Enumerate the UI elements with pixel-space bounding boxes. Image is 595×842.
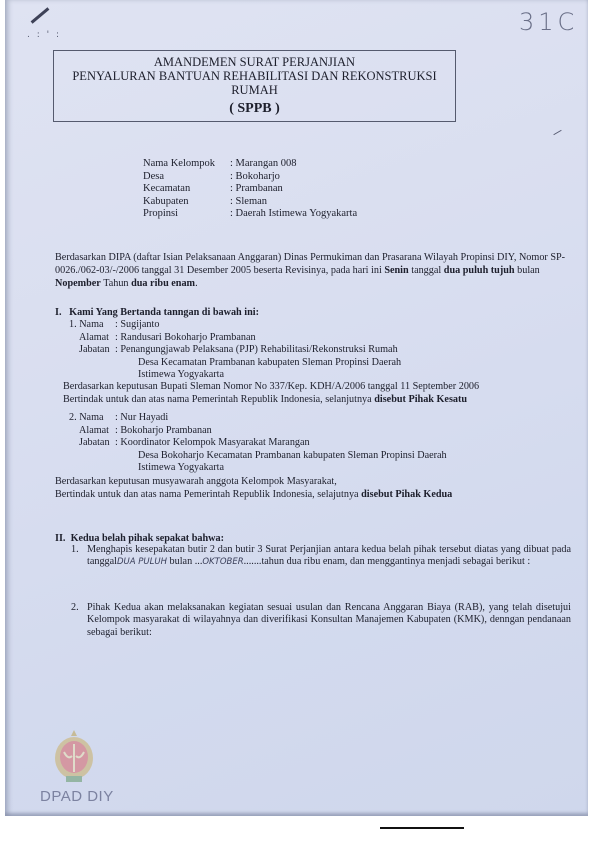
handwritten-dots: . : ' : (27, 30, 61, 40)
item-number: 2. (71, 602, 79, 614)
field-value-cont: Istimewa Yogyakarta (69, 369, 569, 382)
intro-month: Nopember (55, 278, 101, 289)
item-text: Menghapis kesepakatan butir 2 dan butir … (71, 544, 571, 569)
party-2-position-row: Jabatan: Koordinator Kelompok Masyarakat… (69, 437, 569, 450)
handwritten-tick (553, 130, 561, 135)
field-label: Alamat (69, 332, 115, 345)
info-value: : Marangan 008 (230, 158, 296, 171)
acting-bold: disebut Pihak Kesatu (374, 394, 467, 405)
field-value-cont: Desa Bokoharjo Kecamatan Prambanan kabup… (69, 450, 569, 463)
intro-year: dua ribu enam (131, 278, 195, 289)
info-row: Kecamatan : Prambanan (143, 183, 357, 196)
info-value: : Prambanan (230, 183, 283, 196)
party-1-basis-text: Berdasarkan keputusan Bupati Sleman Nomo… (63, 381, 583, 394)
handwritten-month: OKTOBER (202, 557, 243, 567)
info-row: Kabupaten : Sleman (143, 196, 357, 209)
party-2-name-row: 2. Nama: Nur Hayadi (69, 412, 569, 425)
info-row: Nama Kelompok : Marangan 008 (143, 158, 357, 171)
field-label: 1. Nama (69, 319, 115, 332)
party-2-details: 2. Nama: Nur Hayadi Alamat: Bokoharjo Pr… (69, 412, 569, 475)
coat-of-arms-icon (52, 730, 96, 786)
field-label: Jabatan (69, 344, 115, 357)
field-label: 2. Nama (69, 412, 115, 425)
acting-text: Bertindak untuk dan atas nama Pemerintah… (55, 489, 361, 500)
party-1-position-row: Jabatan: Penangungjawab Pelaksana (PJP) … (69, 344, 569, 357)
party-1-basis: Berdasarkan keputusan Bupati Sleman Nomo… (63, 381, 583, 406)
info-value: : Sleman (230, 196, 267, 209)
party-2-basis: Berdasarkan keputusan musyawarah anggota… (55, 476, 575, 502)
agreement-item-2: 2. Pihak Kedua akan melaksanakan kegiata… (71, 602, 571, 639)
info-row: Propinsi : Daerah Istimewa Yogyakarta (143, 208, 357, 221)
document-title-box: AMANDEMEN SURAT PERJANJIAN PENYALURAN BA… (53, 50, 456, 122)
info-label: Kabupaten (143, 196, 230, 209)
item-number: 1. (71, 544, 79, 556)
info-row: Desa : Bokoharjo (143, 171, 357, 184)
handwritten-page-number: 31C (519, 8, 578, 36)
field-value-cont: Istimewa Yogyakarta (69, 462, 569, 475)
party-2-basis-text: Berdasarkan keputusan musyawarah anggota… (55, 476, 575, 489)
handwritten-date: DUA PULUH (117, 557, 167, 567)
watermark-text: DPAD DIY (40, 788, 114, 805)
intro-text: bulan (515, 265, 540, 276)
intro-text: . (195, 278, 198, 289)
intro-date: dua puluh tujuh (444, 265, 515, 276)
title-line-3: ( SPPB ) (54, 100, 455, 118)
field-value: : Koordinator Kelompok Masyarakat Marang… (115, 437, 310, 450)
info-value: : Bokoharjo (230, 171, 280, 184)
title-line-2: PENYALURAN BANTUAN REHABILITASI DAN REKO… (54, 69, 455, 97)
field-value: : Bokoharjo Prambanan (115, 425, 212, 438)
info-label: Desa (143, 171, 230, 184)
agreement-item-1: 1. Menghapis kesepakatan butir 2 dan but… (71, 544, 571, 569)
party-1-acting: Bertindak untuk dan atas nama Pemerintah… (63, 394, 583, 407)
acting-bold: disebut Pihak Kedua (361, 489, 452, 500)
party-1-address-row: Alamat: Randusari Bokoharjo Prambanan (69, 332, 569, 345)
field-value-cont: Desa Kecamatan Prambanan kabupaten Slema… (69, 357, 569, 370)
scanner-footer-bar (380, 827, 464, 829)
item-text-part: .......tahun dua ribu enam, dan menggant… (244, 556, 531, 567)
field-value: : Sugijanto (115, 319, 159, 332)
party-2-address-row: Alamat: Bokoharjo Prambanan (69, 425, 569, 438)
item-text-part: bulan (170, 556, 193, 567)
party-1-name-row: 1. Nama: Sugijanto (69, 319, 569, 332)
field-label: Alamat (69, 425, 115, 438)
intro-day: Senin (384, 265, 408, 276)
section-1-title: I. Kami Yang Bertanda tanngan di bawah i… (55, 307, 575, 320)
intro-text: Tahun (101, 278, 131, 289)
field-value: : Nur Hayadi (115, 412, 168, 425)
field-value: : Penangungjawab Pelaksana (PJP) Rehabil… (115, 344, 398, 357)
field-value: : Randusari Bokoharjo Prambanan (115, 332, 256, 345)
field-label: Jabatan (69, 437, 115, 450)
info-label: Nama Kelompok (143, 158, 230, 171)
party-2-acting: Bertindak untuk dan atas nama Pemerintah… (55, 489, 575, 502)
item-text: Pihak Kedua akan melaksanakan kegiatan s… (71, 602, 571, 639)
info-label: Propinsi (143, 208, 230, 221)
handwritten-slash-mark (31, 7, 50, 23)
info-label: Kecamatan (143, 183, 230, 196)
info-value: : Daerah Istimewa Yogyakarta (230, 208, 357, 221)
document-page: . : ' : 31C AMANDEMEN SURAT PERJANJIAN P… (5, 0, 588, 816)
intro-text: tanggal (409, 265, 444, 276)
intro-paragraph: Berdasarkan DIPA (daftar Isian Pelaksana… (55, 251, 570, 291)
party-1-details: 1. Nama: Sugijanto Alamat: Randusari Bok… (69, 319, 569, 382)
title-line-1: AMANDEMEN SURAT PERJANJIAN (54, 55, 455, 69)
group-info-table: Nama Kelompok : Marangan 008 Desa : Boko… (143, 158, 357, 221)
acting-text: Bertindak untuk dan atas nama Pemerintah… (63, 394, 374, 405)
